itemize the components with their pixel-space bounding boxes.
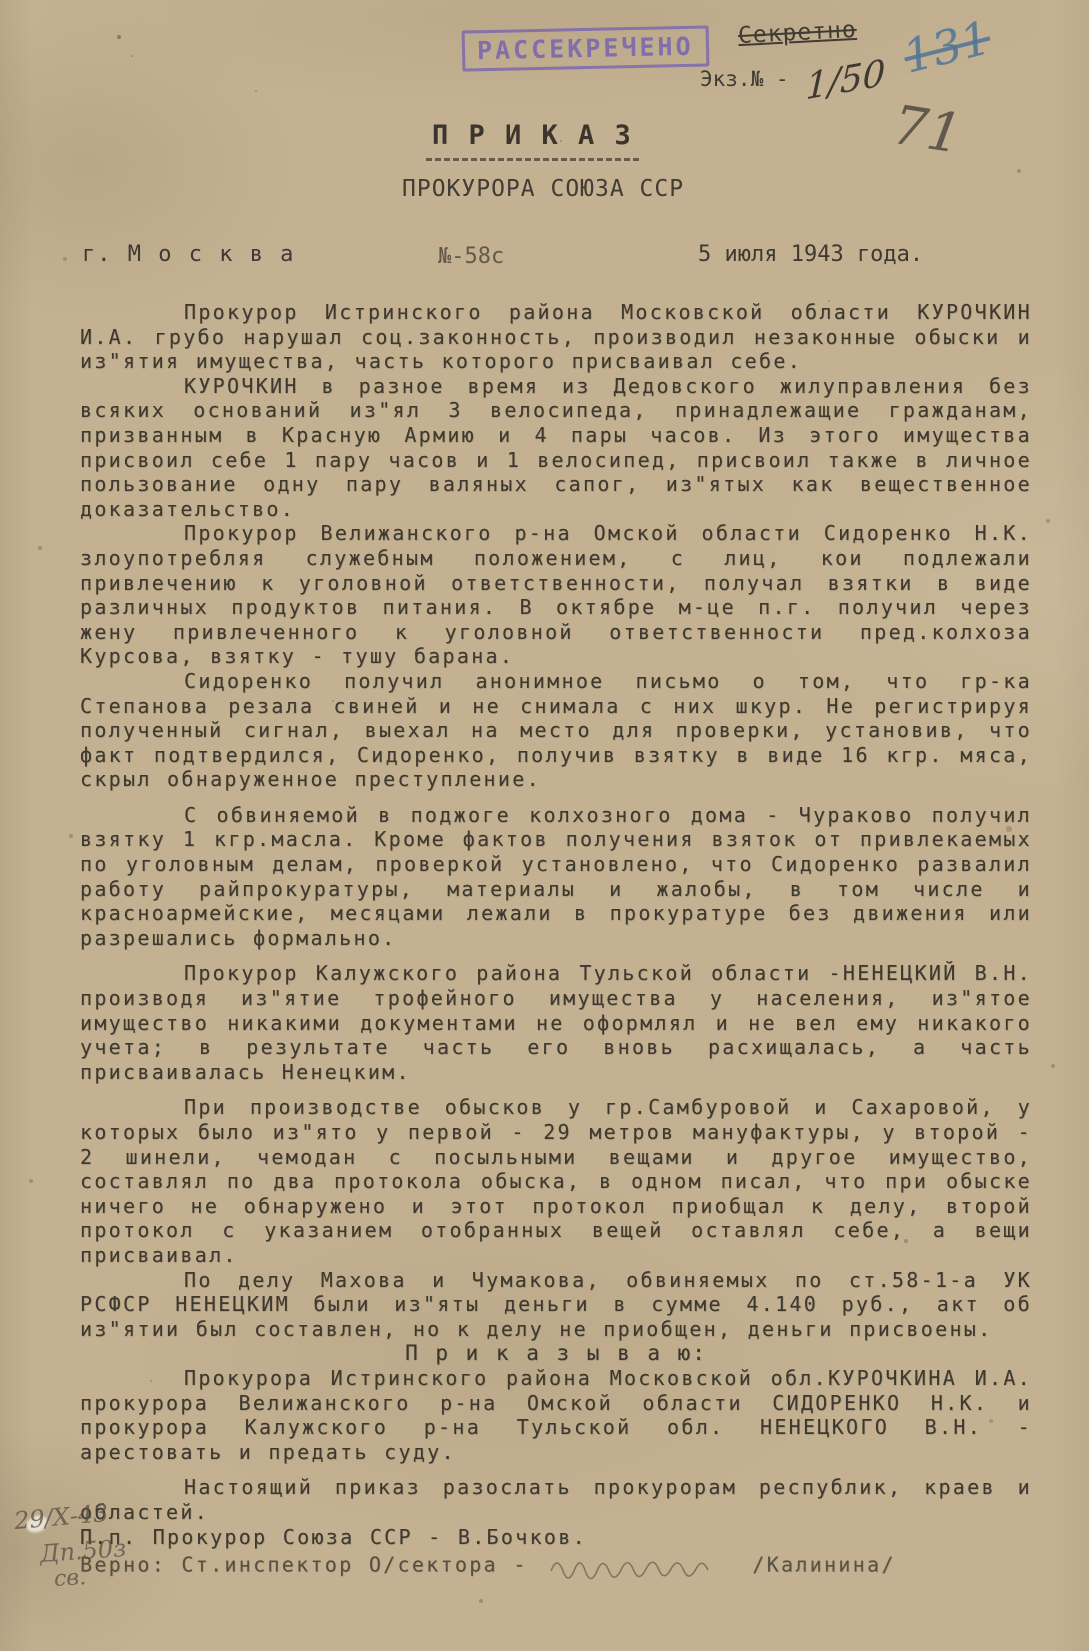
place-label: г. М о с к в а xyxy=(82,242,295,267)
certified-by-name: /Калинина/ xyxy=(752,1553,895,1577)
secret-classification-strikethrough: Секретно xyxy=(737,17,857,49)
paragraph-kurochkin-intro: Прокурор Истринского района Московской о… xyxy=(80,300,1032,374)
paragraph-sidorenko-bribes: С обвиняемой в поджоге колхозного дома -… xyxy=(80,803,1032,951)
archival-number-blue-crossed: 131 xyxy=(898,10,996,84)
paragraph-distribution: Настоящий приказ разослать прокурорам ре… xyxy=(80,1475,1032,1524)
document-subtitle: ПРОКУРОРА СОЮЗА ССР xyxy=(402,176,684,202)
paragraph-order-arrest: Прокурора Истринского района Московской … xyxy=(80,1366,1032,1464)
document-body: Прокурор Истринского района Московской о… xyxy=(80,300,1032,1583)
document-date: 5 июля 1943 года. xyxy=(698,242,923,267)
declassified-stamp: РАССЕКРЕЧЕНО xyxy=(462,25,709,71)
paragraph-nenetsky-money: По делу Махова и Чумакова, обвиняемых по… xyxy=(80,1268,1032,1342)
copy-number-line: Экз.№ - 1/50 xyxy=(700,54,882,95)
paragraph-kurochkin-details: КУРОЧКИН в разное время из Дедовского жи… xyxy=(80,374,1032,522)
margin-note-initials: св. xyxy=(53,1565,86,1592)
paragraph-nenetsky-intro: Прокурор Калужского района Тульской обла… xyxy=(80,961,1032,1084)
signature-line: П.п. Прокурор Союза ССР - В.Бочков. xyxy=(80,1525,1032,1550)
margin-note-file: Дп.50з xyxy=(39,1534,127,1568)
copy-number-label: Экз.№ - xyxy=(700,67,789,91)
certification-line: Верно: Ст.инспектор О/сектора - /Калинин… xyxy=(80,1549,1032,1583)
paragraph-sidorenko-intro: Прокурор Велижанского р-на Омской област… xyxy=(80,521,1032,669)
paragraph-nenetsky-searches: При производстве обысков у гр.Самбуровой… xyxy=(80,1095,1032,1267)
copy-number-handwritten: 1/50 xyxy=(805,53,886,109)
archival-number-pencil: 71 xyxy=(888,93,966,166)
scanned-document-page: РАССЕКРЕЧЕНО Секретно Экз.№ - 1/50 131 7… xyxy=(0,0,1089,1651)
order-heading: П р и к а з ы в а ю: xyxy=(80,1341,1032,1366)
document-title: П Р И К А З xyxy=(426,120,639,161)
handwritten-signature-icon xyxy=(545,1549,735,1583)
order-number: №-58с xyxy=(438,244,504,269)
paragraph-sidorenko-letter: Сидоренко получил анонимное письмо о том… xyxy=(80,669,1032,792)
certification-label: Верно: Ст.инспектор О/сектора - xyxy=(80,1553,528,1577)
